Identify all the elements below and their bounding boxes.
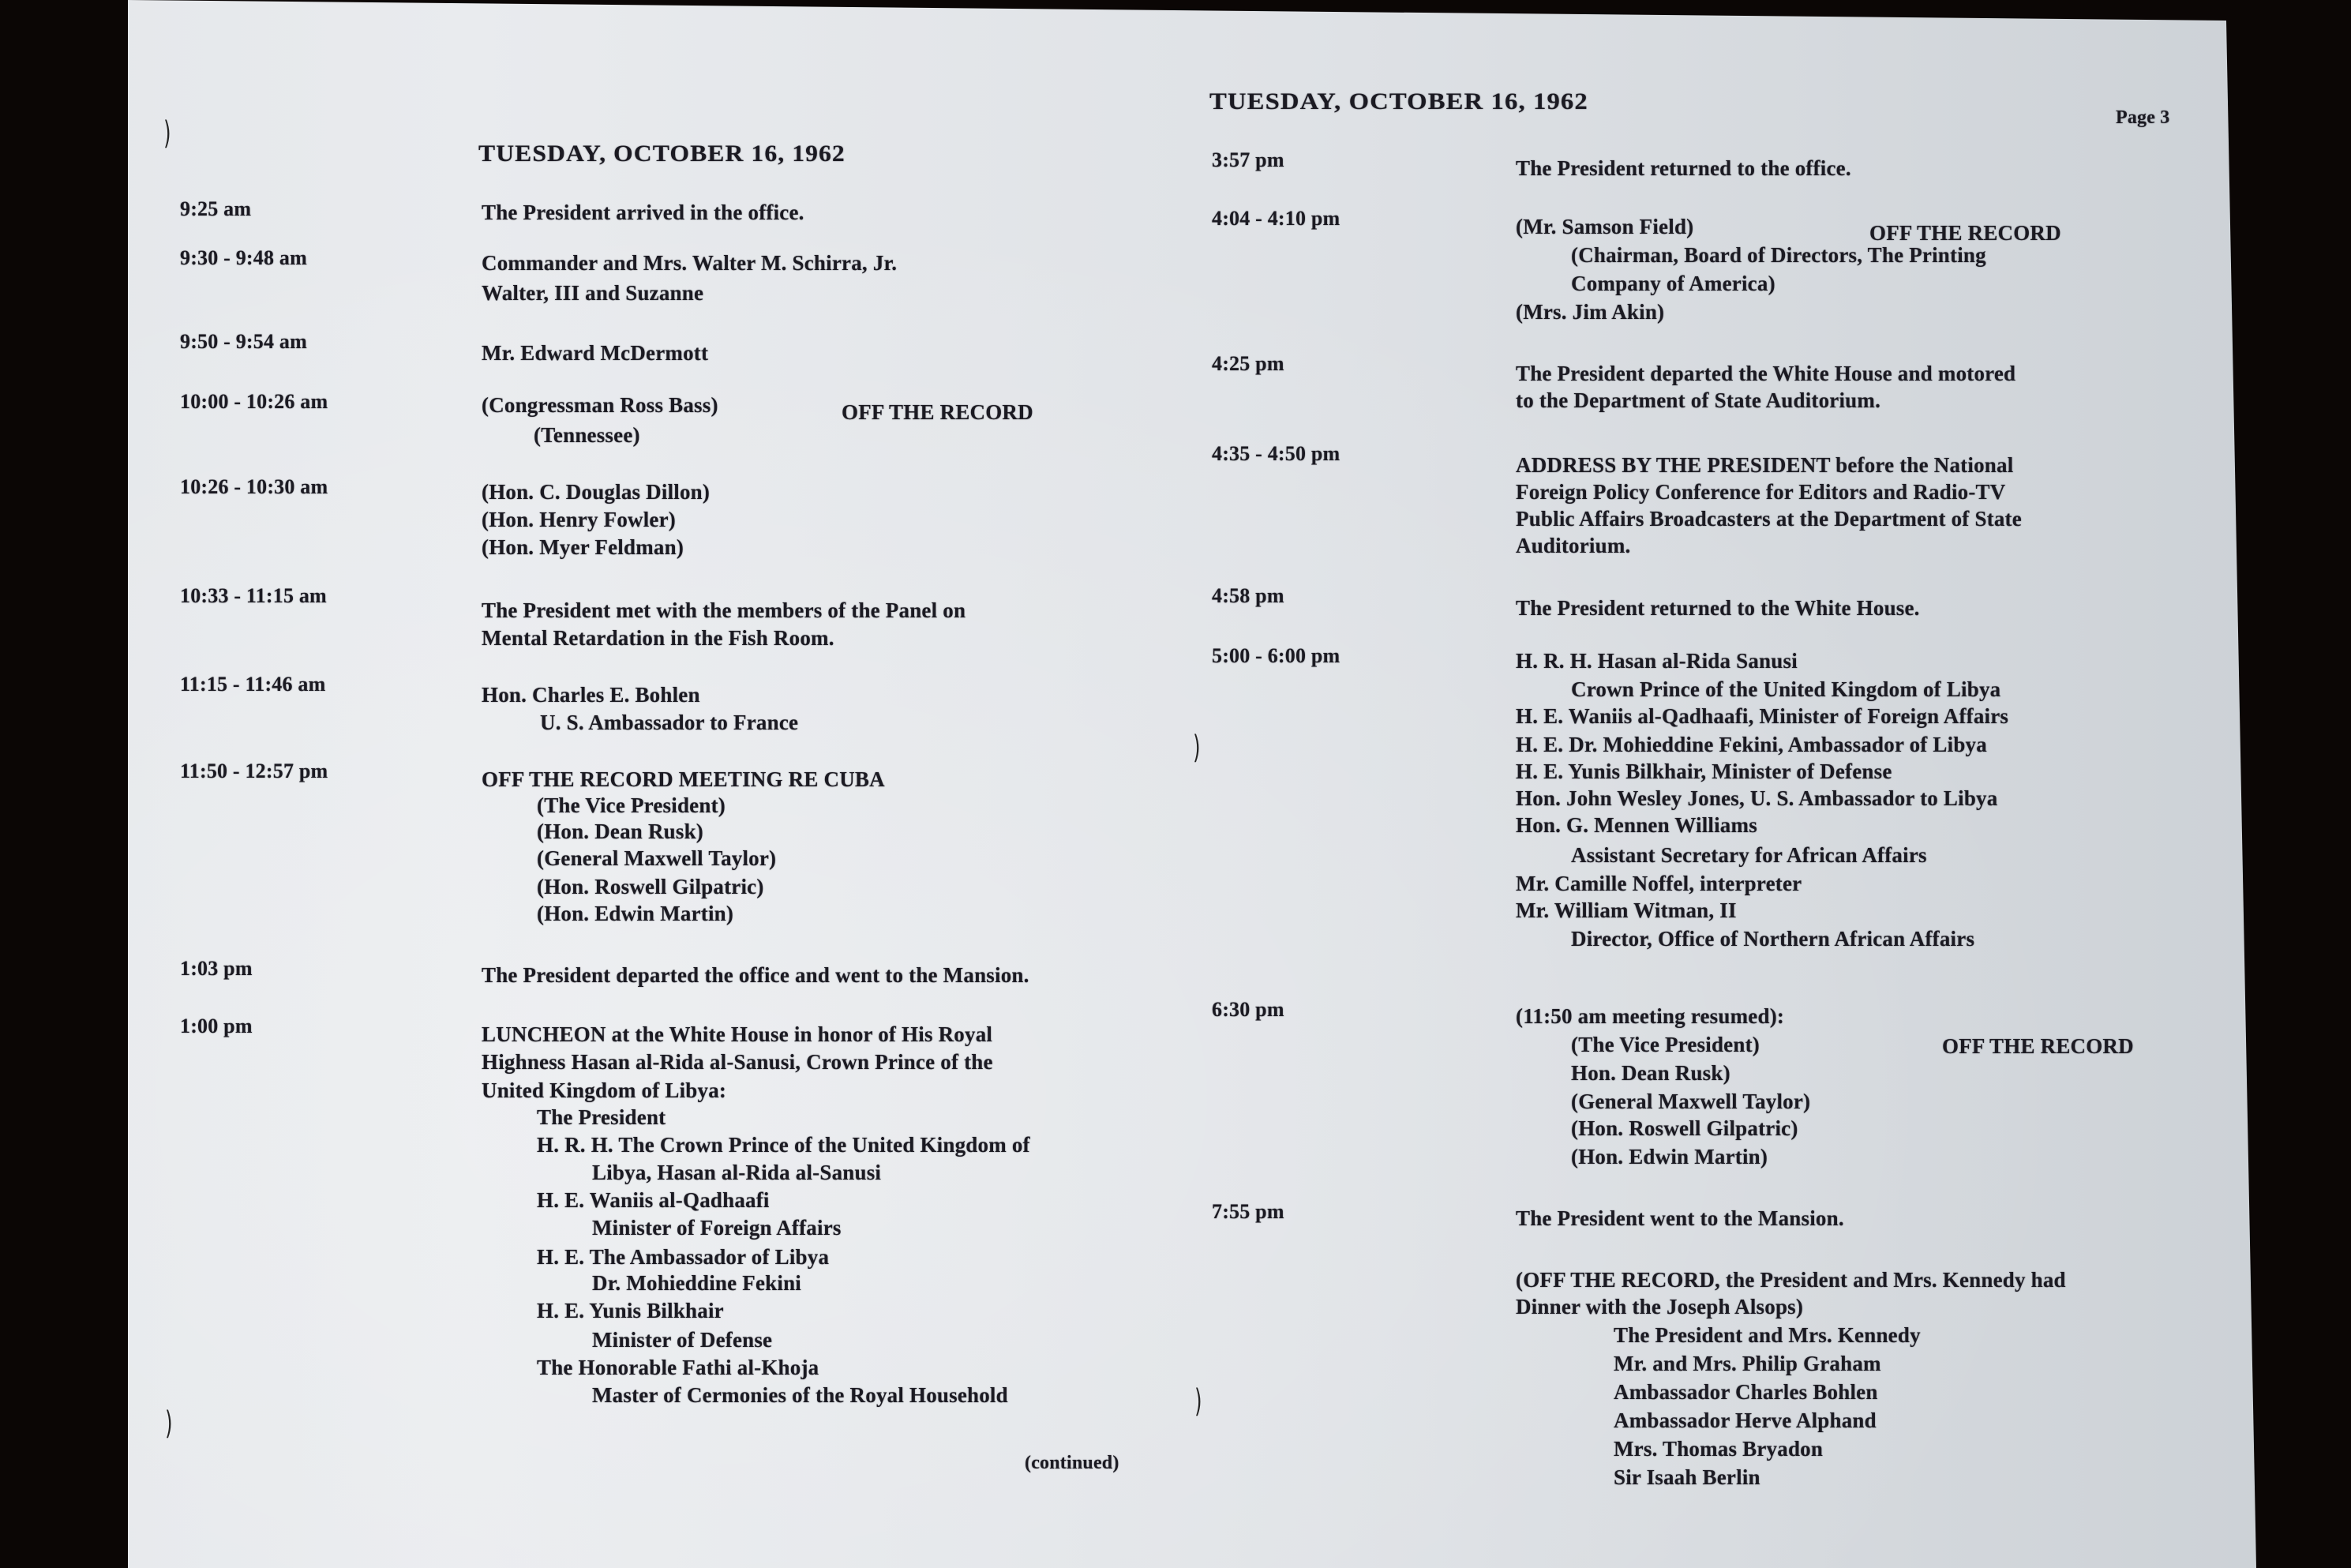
entry-line: Minister of Foreign Affairs bbox=[592, 1216, 842, 1240]
entry-line: H. R. H. Hasan al-Rida Sanusi bbox=[1516, 649, 1798, 673]
entry-time: 10:33 - 11:15 am bbox=[180, 584, 327, 608]
entry-line: H. E. Yunis Bilkhair, Minister of Defens… bbox=[1516, 760, 1892, 784]
entry-time: 11:15 - 11:46 am bbox=[180, 673, 325, 696]
off-the-record-label: OFF THE RECORD bbox=[1942, 1034, 2134, 1059]
entry-time: 9:50 - 9:54 am bbox=[180, 330, 307, 354]
entry-line: U. S. Ambassador to France bbox=[540, 711, 798, 735]
entry-line: Mental Retardation in the Fish Room. bbox=[482, 626, 834, 651]
entry-line: (Mr. Samson Field) bbox=[1516, 215, 1693, 239]
entry-line: (The Vice President) bbox=[537, 793, 726, 818]
entry-line: Commander and Mrs. Walter M. Schirra, Jr… bbox=[482, 251, 897, 276]
entry-line: Sir Isaah Berlin bbox=[1614, 1465, 1760, 1490]
entry-line: The President went to the Mansion. bbox=[1516, 1206, 1844, 1231]
off-the-record-label: OFF THE RECORD bbox=[842, 400, 1033, 425]
entry-line: (General Maxwell Taylor) bbox=[1571, 1090, 1810, 1114]
entry-line: H. R. H. The Crown Prince of the United … bbox=[537, 1133, 1030, 1157]
entry-line: Mr. William Witman, II bbox=[1516, 898, 1737, 923]
header-date: TUESDAY, OCTOBER 16, 1962 bbox=[478, 141, 846, 167]
entry-time: 9:25 am bbox=[180, 197, 251, 221]
entry-line: (Mrs. Jim Akin) bbox=[1516, 300, 1664, 324]
entry-line: The President met with the members of th… bbox=[482, 598, 966, 623]
entry-time: 4:58 pm bbox=[1212, 584, 1284, 608]
entry-line: Libya, Hasan al-Rida al-Sanusi bbox=[592, 1161, 881, 1185]
entry-line: The President arrived in the office. bbox=[482, 201, 804, 225]
entry-time: 4:35 - 4:50 pm bbox=[1212, 442, 1340, 466]
entry-line: Hon. John Wesley Jones, U. S. Ambassador… bbox=[1516, 786, 1997, 811]
entry-line: (General Maxwell Taylor) bbox=[537, 846, 776, 871]
entry-line: Director, Office of Northern African Aff… bbox=[1571, 927, 1974, 951]
entry-line: The President departed the White House a… bbox=[1516, 362, 2015, 386]
entry-line: (Congressman Ross Bass) bbox=[482, 393, 718, 418]
binder-hole-mark: ) bbox=[1193, 730, 1200, 766]
entry-line: The President departed the office and we… bbox=[482, 963, 1029, 988]
entry-line: (The Vice President) bbox=[1571, 1033, 1760, 1057]
entry-line: (Hon. Roswell Gilpatric) bbox=[1571, 1116, 1798, 1141]
entry-line: Dinner with the Joseph Alsops) bbox=[1516, 1295, 1803, 1319]
binder-hole-mark: ) bbox=[165, 1405, 172, 1442]
entry-time: 10:00 - 10:26 am bbox=[180, 390, 328, 414]
entry-line: Master of Cermonies of the Royal Househo… bbox=[592, 1383, 1008, 1408]
header-date: TUESDAY, OCTOBER 16, 1962 bbox=[1209, 88, 1588, 115]
entry-time: 4:04 - 4:10 pm bbox=[1212, 207, 1340, 231]
entry-line: Auditorium. bbox=[1516, 534, 1630, 558]
entry-line: Ambassador Herve Alphand bbox=[1614, 1409, 1877, 1433]
entry-line: The President and Mrs. Kennedy bbox=[1614, 1323, 1921, 1348]
entry-line: (Hon. Edwin Martin) bbox=[1571, 1145, 1768, 1169]
entry-line: Dr. Mohieddine Fekini bbox=[592, 1271, 801, 1296]
entry-line: (11:50 am meeting resumed): bbox=[1516, 1004, 1784, 1029]
entry-line: to the Department of State Auditorium. bbox=[1516, 388, 1880, 413]
entry-line: LUNCHEON at the White House in honor of … bbox=[482, 1022, 992, 1047]
entry-time: 1:00 pm bbox=[180, 1015, 253, 1038]
entry-line: Highness Hasan al-Rida al-Sanusi, Crown … bbox=[482, 1050, 993, 1075]
entry-line: The Honorable Fathi al-Khoja bbox=[537, 1356, 819, 1380]
entry-line: (Tennessee) bbox=[534, 423, 640, 448]
entry-line: (Chairman, Board of Directors, The Print… bbox=[1571, 243, 1986, 268]
continued-label: (continued) bbox=[1025, 1453, 1119, 1474]
entry-line: (Hon. Edwin Martin) bbox=[537, 902, 733, 926]
entry-line: Foreign Policy Conference for Editors an… bbox=[1516, 480, 2005, 505]
entry-line: Mr. and Mrs. Philip Graham bbox=[1614, 1352, 1881, 1376]
entry-line: Hon. Charles E. Bohlen bbox=[482, 683, 700, 707]
entry-line: H. E. Waniis al-Qadhaafi, Minister of Fo… bbox=[1516, 704, 2008, 729]
page-number: Page 3 bbox=[2116, 107, 2170, 129]
entry-line: H. E. Waniis al-Qadhaafi bbox=[537, 1188, 770, 1213]
entry-line: (Hon. Roswell Gilpatric) bbox=[537, 875, 764, 899]
entry-time: 1:03 pm bbox=[180, 957, 253, 981]
entry-time: 3:57 pm bbox=[1212, 148, 1284, 172]
entry-line: (OFF THE RECORD, the President and Mrs. … bbox=[1516, 1268, 2066, 1292]
entry-line: The President returned to the office. bbox=[1516, 156, 1851, 181]
entry-line: H. E. Yunis Bilkhair bbox=[537, 1299, 724, 1323]
entry-line: Crown Prince of the United Kingdom of Li… bbox=[1571, 677, 2000, 702]
entry-time: 11:50 - 12:57 pm bbox=[180, 760, 328, 783]
entry-time: 6:30 pm bbox=[1212, 998, 1284, 1022]
entry-time: 7:55 pm bbox=[1212, 1200, 1284, 1224]
entry-line: The President returned to the White Hous… bbox=[1516, 596, 1920, 621]
entry-line: Ambassador Charles Bohlen bbox=[1614, 1380, 1878, 1405]
entry-line: Assistant Secretary for African Affairs bbox=[1571, 843, 1927, 868]
entry-line: Public Affairs Broadcasters at the Depar… bbox=[1516, 507, 2022, 531]
entry-line: Company of America) bbox=[1571, 272, 1775, 296]
binder-hole-mark: ) bbox=[1194, 1383, 1202, 1420]
entry-line: (Hon. Dean Rusk) bbox=[537, 820, 703, 844]
entry-line: ADDRESS BY THE PRESIDENT before the Nati… bbox=[1516, 453, 2013, 478]
off-the-record-label: OFF THE RECORD bbox=[1869, 221, 2061, 246]
entry-line: Mr. Camille Noffel, interpreter bbox=[1516, 872, 1802, 896]
entry-line: United Kingdom of Libya: bbox=[482, 1078, 726, 1103]
entry-line: Hon. G. Mennen Williams bbox=[1516, 813, 1757, 838]
entry-line: The President bbox=[537, 1105, 666, 1130]
entry-line: Walter, III and Suzanne bbox=[482, 281, 703, 306]
entry-time: 4:25 pm bbox=[1212, 352, 1284, 376]
entry-line: (Hon. C. Douglas Dillon) bbox=[482, 480, 710, 505]
entry-line: H. E. Dr. Mohieddine Fekini, Ambassador … bbox=[1516, 733, 1987, 757]
binder-hole-mark: ) bbox=[163, 115, 171, 152]
entry-line: (Hon. Myer Feldman) bbox=[482, 535, 684, 560]
entry-line: (Hon. Henry Fowler) bbox=[482, 508, 676, 532]
entry-line: Mr. Edward McDermott bbox=[482, 341, 708, 366]
entry-line: OFF THE RECORD MEETING RE CUBA bbox=[482, 767, 885, 792]
entry-time: 10:26 - 10:30 am bbox=[180, 475, 328, 499]
entry-line: H. E. The Ambassador of Libya bbox=[537, 1245, 829, 1270]
entry-time: 9:30 - 9:48 am bbox=[180, 246, 307, 270]
entry-line: Mrs. Thomas Bryadon bbox=[1614, 1437, 1823, 1461]
entry-line: Minister of Defense bbox=[592, 1328, 772, 1352]
entry-line: Hon. Dean Rusk) bbox=[1571, 1061, 1730, 1086]
entry-time: 5:00 - 6:00 pm bbox=[1212, 644, 1340, 668]
